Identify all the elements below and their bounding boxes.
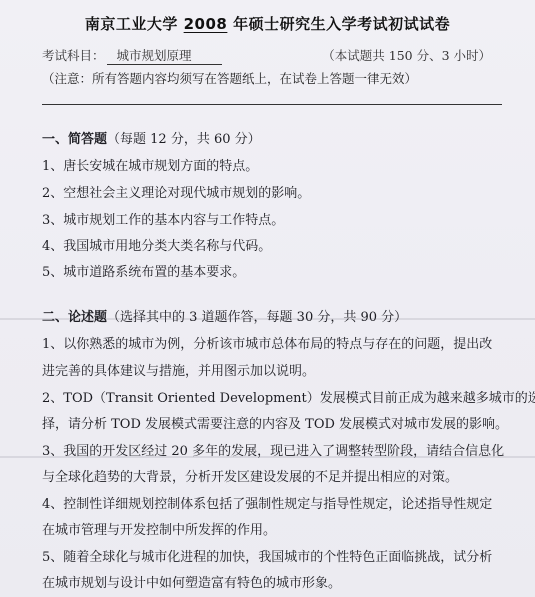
section-2-note: （选择其中的 3 道题作答，每题 30 分，共 90 分） bbox=[107, 310, 407, 325]
essay-line: 3、我国的开发区经过 20 多年的发展，现已进入了调整转型阶段，请结合信息化 bbox=[42, 440, 504, 459]
essay-line: 5、随着全球化与城市化进程的加快，我国城市的个性特色正面临挑战，试分析 bbox=[42, 546, 492, 565]
exam-paper: 南京工业大学 2008 年硕士研究生入学考试初试试卷 考试科目：城市规划原理 （… bbox=[0, 0, 535, 597]
exam-year: 2008 bbox=[184, 15, 228, 33]
essay-line: 在城市规划与设计中如何塑造富有特色的城市形象。 bbox=[42, 572, 341, 591]
exam-title: 南京工业大学 2008 年硕士研究生入学考试初试试卷 bbox=[0, 13, 535, 34]
section-1-note: （每题 12 分，共 60 分） bbox=[107, 132, 261, 147]
essay-line: 与全球化趋势的大背景，分析开发区建设发展的不足并提出相应的对策。 bbox=[42, 466, 458, 485]
section-2-heading: 二、论述题（选择其中的 3 道题作答，每题 30 分，共 90 分） bbox=[42, 306, 407, 325]
title-prefix: 南京工业大学 bbox=[85, 15, 184, 33]
section-2-title: 二、论述题 bbox=[42, 310, 107, 325]
section-1-heading: 一、简答题（每题 12 分，共 60 分） bbox=[42, 128, 261, 147]
subject-label: 考试科目： bbox=[42, 48, 105, 63]
divider bbox=[42, 104, 502, 105]
score-note: （本试题共 150 分、3 小时） bbox=[322, 46, 491, 64]
title-suffix: 年硕士研究生入学考试初试试卷 bbox=[227, 15, 450, 33]
question: 2、空想社会主义理论对现代城市规划的影响。 bbox=[42, 182, 310, 201]
section-1-title: 一、简答题 bbox=[42, 132, 107, 147]
essay-line: 择，请分析 TOD 发展模式需要注意的内容及 TOD 发展模式对城市发展的影响。 bbox=[42, 413, 508, 432]
essay-line: 2、TOD（Transit Oriented Development）发展模式目… bbox=[42, 387, 535, 406]
essay-line: 4、控制性详细规划控制体系包括了强制性规定与指导性规定，论述指导性规定 bbox=[42, 493, 492, 512]
subject-row: 考试科目：城市规划原理 bbox=[42, 46, 222, 65]
subject-value: 城市规划原理 bbox=[107, 46, 222, 65]
question: 4、我国城市用地分类大类名称与代码。 bbox=[42, 235, 271, 254]
essay-line: 在城市管理与开发控制中所发挥的作用。 bbox=[42, 519, 276, 538]
question: 5、城市道路系统布置的基本要求。 bbox=[42, 261, 245, 280]
notice: （注意：所有答题内容均须写在答题纸上，在试卷上答题一律无效） bbox=[42, 69, 417, 87]
essay-line: 进完善的具体建议与措施，并用图示加以说明。 bbox=[42, 360, 315, 379]
question: 1、唐长安城在城市规划方面的特点。 bbox=[42, 155, 258, 174]
essay-line: 1、以你熟悉的城市为例，分析该市城市总体布局的特点与存在的问题，提出改 bbox=[42, 333, 492, 352]
question: 3、城市规划工作的基本内容与工作特点。 bbox=[42, 209, 284, 228]
